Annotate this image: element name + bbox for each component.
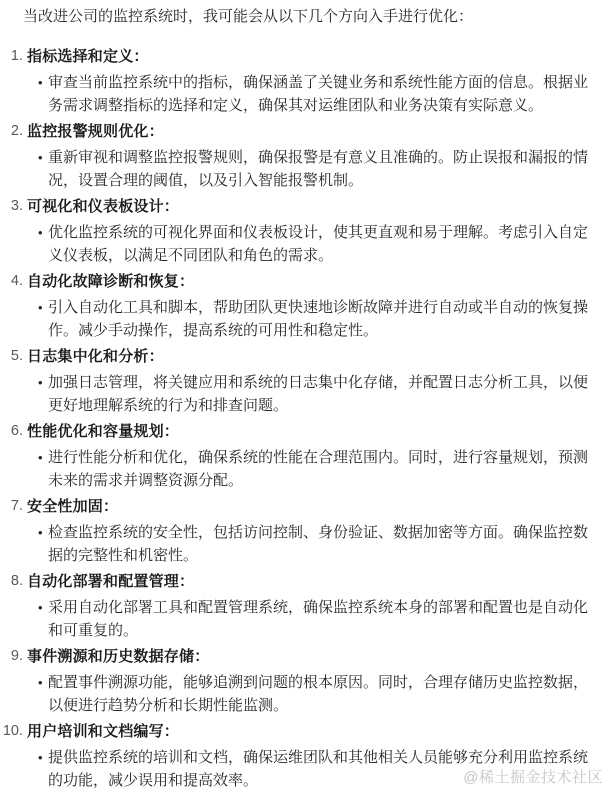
list-item-title: 日志集中化和分析： [27,345,609,368]
list-item-number: 9. [0,645,23,668]
document-page: 当改进公司的监控系统时，我可能会从以下几个方向入手进行优化： 1. 指标选择和定… [0,0,609,794]
bullet-dot-icon: • [38,746,48,769]
bullet-text: 配置事件溯源功能，能够追溯到问题的根本原因。同时，合理存储历史监控数据，以便进行… [48,671,609,717]
list-item: 1. 指标选择和定义： • 审查当前监控系统中的指标，确保涵盖了关键业务和系统性… [0,45,609,117]
list-item-title: 安全性加固： [27,495,609,518]
intro-paragraph: 当改进公司的监控系统时，我可能会从以下几个方向入手进行优化： [23,5,595,28]
list-item-number: 3. [0,195,23,218]
list-item-number: 1. [0,45,23,68]
bullet-text: 优化监控系统的可视化界面和仪表板设计，使其更直观和易于理解。考虑引入自定义仪表板… [48,221,609,267]
numbered-list: 1. 指标选择和定义： • 审查当前监控系统中的指标，确保涵盖了关键业务和系统性… [0,45,609,792]
bullet-item: • 配置事件溯源功能，能够追溯到问题的根本原因。同时，合理存储历史监控数据，以便… [27,671,609,717]
list-item-number: 10. [0,720,23,743]
bullet-item: • 重新审视和调整监控报警规则，确保报警是有意义且准确的。防止误报和漏报的情况，… [27,146,609,192]
list-item-body: 自动化部署和配置管理： • 采用自动化部署工具和配置管理系统，确保监控系统本身的… [27,570,609,642]
list-item-title: 监控报警规则优化： [27,120,609,143]
list-item-title: 可视化和仪表板设计： [27,195,609,218]
bullet-dot-icon: • [38,521,48,544]
bullet-dot-icon: • [38,146,48,169]
bullet-text: 检查监控系统的安全性，包括访问控制、身份验证、数据加密等方面。确保监控数据的完整… [48,521,609,567]
list-item-body: 性能优化和容量规划： • 进行性能分析和优化，确保系统的性能在合理范围内。同时，… [27,420,609,492]
bullet-item: • 检查监控系统的安全性，包括访问控制、身份验证、数据加密等方面。确保监控数据的… [27,521,609,567]
list-item-title: 自动化部署和配置管理： [27,570,609,593]
bullet-dot-icon: • [38,371,48,394]
list-item-body: 可视化和仪表板设计： • 优化监控系统的可视化界面和仪表板设计，使其更直观和易于… [27,195,609,267]
bullet-item: • 优化监控系统的可视化界面和仪表板设计，使其更直观和易于理解。考虑引入自定义仪… [27,221,609,267]
bullet-text: 采用自动化部署工具和配置管理系统，确保监控系统本身的部署和配置也是自动化和可重复… [48,596,609,642]
list-item-number: 7. [0,495,23,518]
bullet-text: 加强日志管理，将关键应用和系统的日志集中化存储，并配置日志分析工具，以便更好地理… [48,371,609,417]
bullet-dot-icon: • [38,71,48,94]
list-item-title: 性能优化和容量规划： [27,420,609,443]
list-item-title: 指标选择和定义： [27,45,609,68]
list-item: 7. 安全性加固： • 检查监控系统的安全性，包括访问控制、身份验证、数据加密等… [0,495,609,567]
bullet-item: • 引入自动化工具和脚本，帮助团队更快速地诊断故障并进行自动或半自动的恢复操作。… [27,296,609,342]
list-item: 8. 自动化部署和配置管理： • 采用自动化部署工具和配置管理系统，确保监控系统… [0,570,609,642]
list-item: 4. 自动化故障诊断和恢复： • 引入自动化工具和脚本，帮助团队更快速地诊断故障… [0,270,609,342]
list-item: 5. 日志集中化和分析： • 加强日志管理，将关键应用和系统的日志集中化存储，并… [0,345,609,417]
bullet-item: • 加强日志管理，将关键应用和系统的日志集中化存储，并配置日志分析工具，以便更好… [27,371,609,417]
bullet-dot-icon: • [38,296,48,319]
list-item-number: 4. [0,270,23,293]
list-item-body: 日志集中化和分析： • 加强日志管理，将关键应用和系统的日志集中化存储，并配置日… [27,345,609,417]
bullet-text: 重新审视和调整监控报警规则，确保报警是有意义且准确的。防止误报和漏报的情况，设置… [48,146,609,192]
bullet-dot-icon: • [38,221,48,244]
bullet-text: 引入自动化工具和脚本，帮助团队更快速地诊断故障并进行自动或半自动的恢复操作。减少… [48,296,609,342]
list-item: 2. 监控报警规则优化： • 重新审视和调整监控报警规则，确保报警是有意义且准确… [0,120,609,192]
bullet-item: • 采用自动化部署工具和配置管理系统，确保监控系统本身的部署和配置也是自动化和可… [27,596,609,642]
list-item-title: 事件溯源和历史数据存储： [27,645,609,668]
list-item-title: 用户培训和文档编写： [27,720,609,743]
bullet-item: • 审查当前监控系统中的指标，确保涵盖了关键业务和系统性能方面的信息。根据业务需… [27,71,609,117]
list-item-number: 5. [0,345,23,368]
bullet-dot-icon: • [38,596,48,619]
list-item: 9. 事件溯源和历史数据存储： • 配置事件溯源功能，能够追溯到问题的根本原因。… [0,645,609,717]
bullet-dot-icon: • [38,446,48,469]
list-item-body: 事件溯源和历史数据存储： • 配置事件溯源功能，能够追溯到问题的根本原因。同时，… [27,645,609,717]
bullet-dot-icon: • [38,671,48,694]
list-item-body: 指标选择和定义： • 审查当前监控系统中的指标，确保涵盖了关键业务和系统性能方面… [27,45,609,117]
watermark: @稀土掘金技术社区 [463,769,603,787]
list-item-number: 6. [0,420,23,443]
list-item-number: 8. [0,570,23,593]
list-item-body: 自动化故障诊断和恢复： • 引入自动化工具和脚本，帮助团队更快速地诊断故障并进行… [27,270,609,342]
bullet-text: 进行性能分析和优化，确保系统的性能在合理范围内。同时，进行容量规划，预测未来的需… [48,446,609,492]
list-item: 3. 可视化和仪表板设计： • 优化监控系统的可视化界面和仪表板设计，使其更直观… [0,195,609,267]
list-item-title: 自动化故障诊断和恢复： [27,270,609,293]
list-item-number: 2. [0,120,23,143]
list-item-body: 安全性加固： • 检查监控系统的安全性，包括访问控制、身份验证、数据加密等方面。… [27,495,609,567]
list-item-body: 监控报警规则优化： • 重新审视和调整监控报警规则，确保报警是有意义且准确的。防… [27,120,609,192]
bullet-text: 审查当前监控系统中的指标，确保涵盖了关键业务和系统性能方面的信息。根据业务需求调… [48,71,609,117]
bullet-item: • 进行性能分析和优化，确保系统的性能在合理范围内。同时，进行容量规划，预测未来… [27,446,609,492]
list-item: 6. 性能优化和容量规划： • 进行性能分析和优化，确保系统的性能在合理范围内。… [0,420,609,492]
